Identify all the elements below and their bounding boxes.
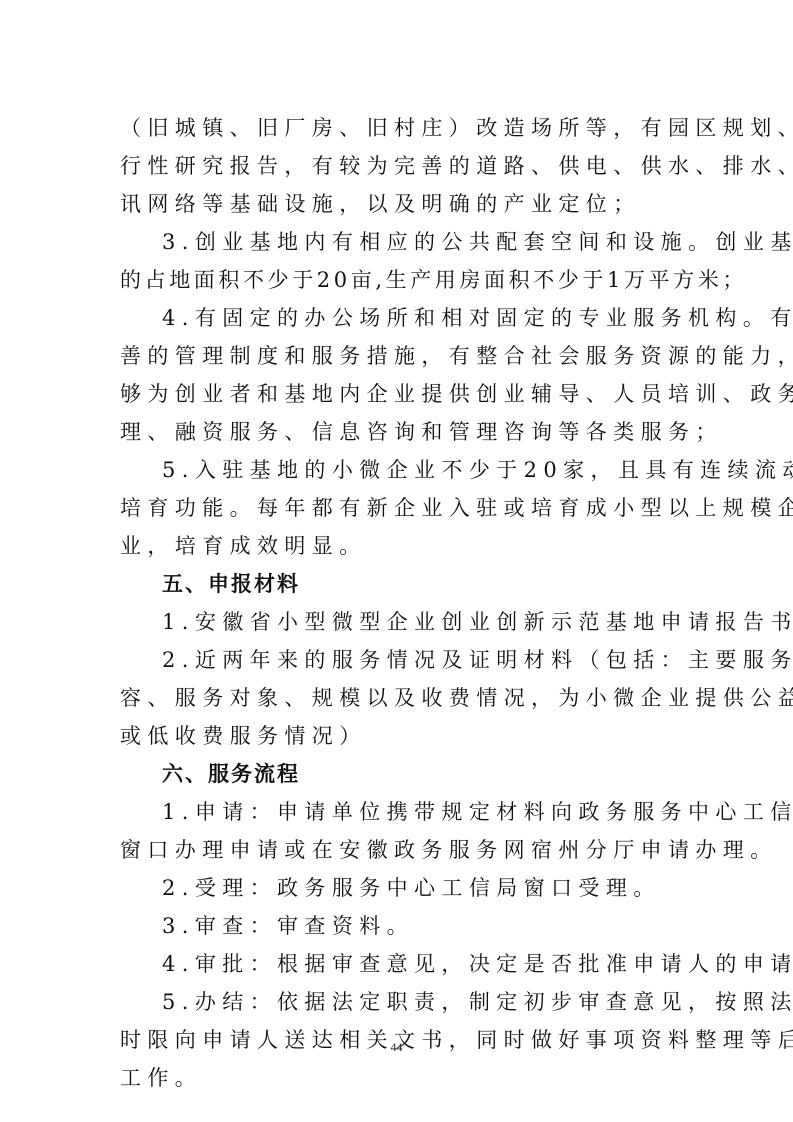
page-body: （旧城镇、旧厂房、旧村庄）改造场所等，有园区规划、可 行性研究报告，有较为完善的… xyxy=(120,109,676,1097)
paragraph-line: 容、服务对象、规模以及收费情况，为小微企业提供公益性 xyxy=(120,679,676,717)
paragraph-line: 培育功能。每年都有新企业入驻或培育成小型以上规模企 xyxy=(120,489,676,527)
paragraph-line: 窗口办理申请或在安徽政务服务网宿州分厅申请办理。 xyxy=(120,831,676,869)
paragraph-line: 的占地面积不少于20亩,生产用房面积不少于1万平方米； xyxy=(120,261,676,299)
document-page: （旧城镇、旧厂房、旧村庄）改造场所等，有园区规划、可 行性研究报告，有较为完善的… xyxy=(0,0,793,1122)
paragraph-line: 1.安徽省小型微型企业创业创新示范基地申请报告书 xyxy=(120,603,676,641)
paragraph-line: 工作。 xyxy=(120,1059,676,1097)
paragraph-line: 或低收费服务情况） xyxy=(120,717,676,755)
paragraph-line: 3.创业基地内有相应的公共配套空间和设施。创业基地 xyxy=(120,223,676,261)
paragraph-line: 5.入驻基地的小微企业不少于20家，且具有连续流动 xyxy=(120,451,676,489)
paragraph-line: 1.申请：申请单位携带规定材料向政务服务中心工信局 xyxy=(120,793,676,831)
paragraph-line: 5.办结：依据法定职责，制定初步审查意见，按照法定 xyxy=(120,983,676,1021)
paragraph-line: 4.审批：根据审查意见，决定是否批准申请人的申请。 xyxy=(120,945,676,983)
paragraph-line: 够为创业者和基地内企业提供创业辅导、人员培训、政务代 xyxy=(120,375,676,413)
section-heading-application-materials: 五、申报材料 xyxy=(120,565,676,603)
section-heading-service-process: 六、服务流程 xyxy=(120,755,676,793)
paragraph-line: 2.近两年来的服务情况及证明材料（包括：主要服务内 xyxy=(120,641,676,679)
paragraph-line: （旧城镇、旧厂房、旧村庄）改造场所等，有园区规划、可 xyxy=(120,109,676,147)
page-number: 44 xyxy=(0,1040,793,1055)
paragraph-line: 4.有固定的办公场所和相对固定的专业服务机构。有完 xyxy=(120,299,676,337)
paragraph-line: 讯网络等基础设施，以及明确的产业定位； xyxy=(120,185,676,223)
paragraph-line: 3.审查：审查资料。 xyxy=(120,907,676,945)
paragraph-line: 理、融资服务、信息咨询和管理咨询等各类服务； xyxy=(120,413,676,451)
paragraph-line: 业，培育成效明显。 xyxy=(120,527,676,565)
paragraph-line: 2.受理：政务服务中心工信局窗口受理。 xyxy=(120,869,676,907)
paragraph-line: 善的管理制度和服务措施，有整合社会服务资源的能力，能 xyxy=(120,337,676,375)
paragraph-line: 行性研究报告，有较为完善的道路、供电、供水、排水、通 xyxy=(120,147,676,185)
